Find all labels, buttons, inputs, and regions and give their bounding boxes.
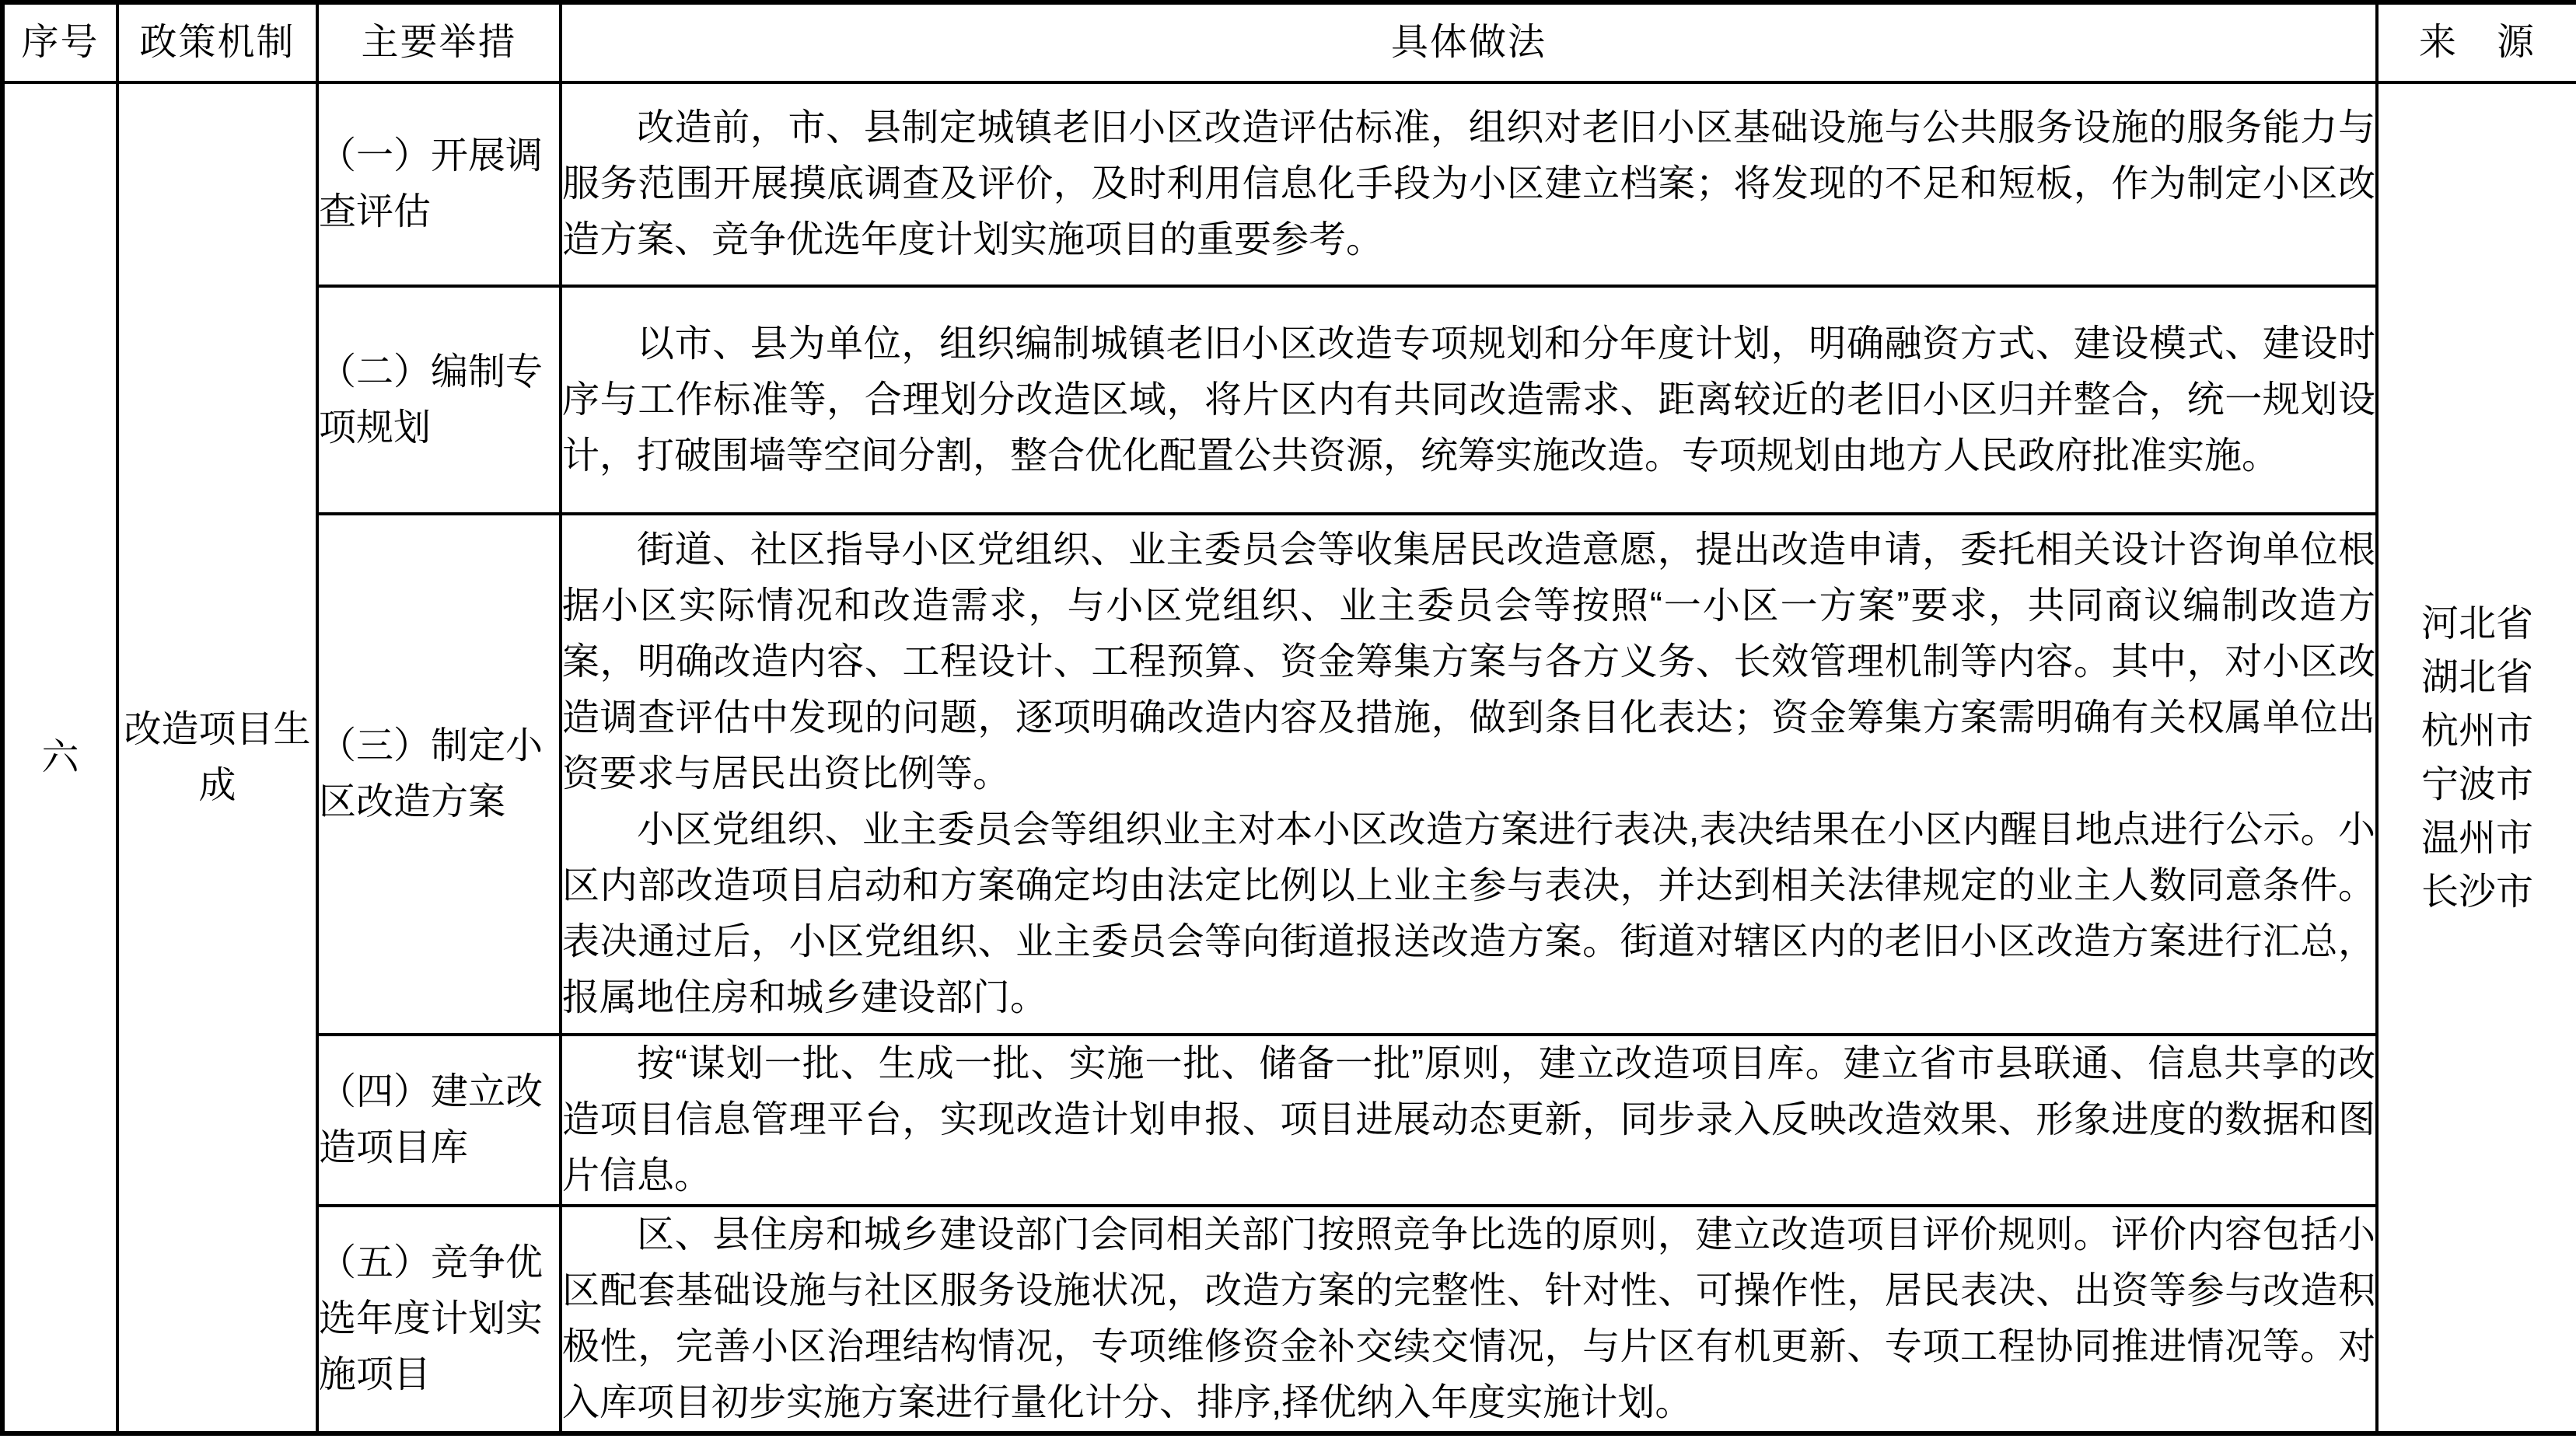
header-source: 来 源 — [2377, 2, 2576, 82]
source-item: 温州市 — [2379, 812, 2576, 865]
source-item: 湖北省 — [2379, 651, 2576, 704]
measure-cell: （五）竞争优选年度计划实施项目 — [317, 1206, 561, 1433]
detail-cell: 改造前，市、县制定城镇老旧小区改造评估标准，组织对老旧小区基础设施与公共服务设施… — [561, 82, 2377, 286]
table-row: （五）竞争优选年度计划实施项目 区、县住房和城乡建设部门会同相关部门按照竞争比选… — [2, 1206, 2576, 1433]
detail-cell: 按“谋划一批、生成一批、实施一批、储备一批”原则，建立改造项目库。建立省市县联通… — [561, 1035, 2377, 1206]
document-page: 序号 政策机制 主要举措 具体做法 来 源 六 改造项目生成 （一）开展调查评估… — [0, 0, 2576, 1442]
detail-paragraph: 街道、社区指导小区党组织、业主委员会等收集居民改造意愿，提出改造申请，委托相关设… — [562, 522, 2375, 802]
row-index-cell: 六 — [2, 82, 117, 1433]
table-row: （三）制定小区改造方案 街道、社区指导小区党组织、业主委员会等收集居民改造意愿，… — [2, 514, 2576, 1035]
detail-cell: 以市、县为单位，组织编制城镇老旧小区改造专项规划和分年度计划，明确融资方式、建设… — [561, 286, 2377, 514]
detail-cell: 街道、社区指导小区党组织、业主委员会等收集居民改造意愿，提出改造申请，委托相关设… — [561, 514, 2377, 1035]
table-row: （二）编制专项规划 以市、县为单位，组织编制城镇老旧小区改造专项规划和分年度计划… — [2, 286, 2576, 514]
detail-cell: 区、县住房和城乡建设部门会同相关部门按照竞争比选的原则，建立改造项目评价规则。评… — [561, 1206, 2377, 1433]
measure-cell: （一）开展调查评估 — [317, 82, 561, 286]
table-row: （四）建立改造项目库 按“谋划一批、生成一批、实施一批、储备一批”原则，建立改造… — [2, 1035, 2576, 1206]
policy-table: 序号 政策机制 主要举措 具体做法 来 源 六 改造项目生成 （一）开展调查评估… — [0, 0, 2576, 1436]
source-item: 宁波市 — [2379, 758, 2576, 812]
detail-paragraph: 小区党组织、业主委员会等组织业主对本小区改造方案进行表决,表决结果在小区内醒目地… — [562, 802, 2375, 1026]
detail-paragraph: 改造前，市、县制定城镇老旧小区改造评估标准，组织对老旧小区基础设施与公共服务设施… — [562, 100, 2375, 268]
detail-paragraph: 区、县住房和城乡建设部门会同相关部门按照竞争比选的原则，建立改造项目评价规则。评… — [562, 1207, 2375, 1431]
measure-cell: （三）制定小区改造方案 — [317, 514, 561, 1035]
mechanism-cell: 改造项目生成 — [117, 82, 317, 1433]
detail-paragraph: 以市、县为单位，组织编制城镇老旧小区改造专项规划和分年度计划，明确融资方式、建设… — [562, 316, 2375, 484]
detail-paragraph: 按“谋划一批、生成一批、实施一批、储备一批”原则，建立改造项目库。建立省市县联通… — [562, 1036, 2375, 1204]
header-measures: 主要举措 — [317, 2, 561, 82]
header-practices: 具体做法 — [561, 2, 2377, 82]
table-row: 六 改造项目生成 （一）开展调查评估 改造前，市、县制定城镇老旧小区改造评估标准… — [2, 82, 2576, 286]
header-mechanism: 政策机制 — [117, 2, 317, 82]
source-cell: 河北省 湖北省 杭州市 宁波市 温州市 长沙市 — [2377, 82, 2576, 1433]
source-item: 长沙市 — [2379, 865, 2576, 919]
source-item: 杭州市 — [2379, 704, 2576, 758]
measure-cell: （四）建立改造项目库 — [317, 1035, 561, 1206]
header-index: 序号 — [2, 2, 117, 82]
table-header-row: 序号 政策机制 主要举措 具体做法 来 源 — [2, 2, 2576, 82]
measure-cell: （二）编制专项规划 — [317, 286, 561, 514]
source-item: 河北省 — [2379, 597, 2576, 651]
